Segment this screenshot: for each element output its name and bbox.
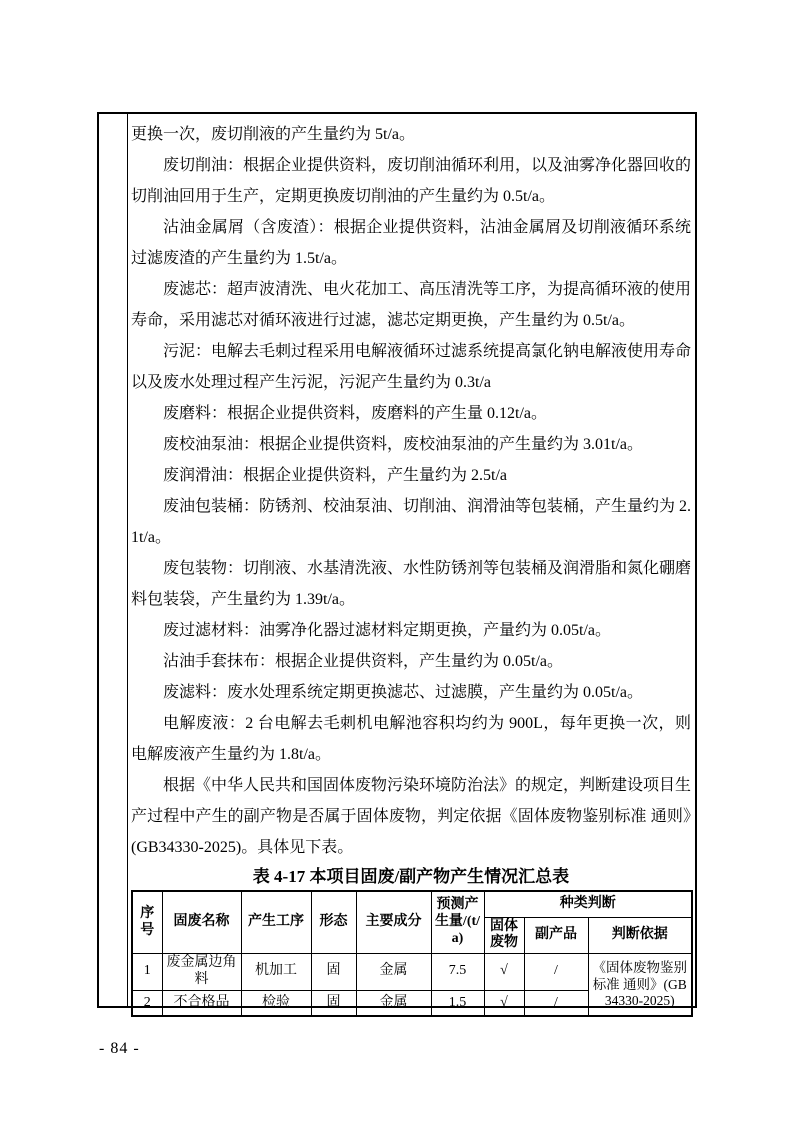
cell-component: 金属 — [356, 954, 431, 991]
cell-byproduct-check: / — [524, 954, 588, 991]
form-cell-border: 更换一次，废切削液的产生量约为 5t/a。 废切削油：根据企业提供资料，废切削油… — [97, 112, 697, 1008]
paragraph-legal-basis: 根据《中华人民共和国固体废物污染环境防治法》的规定，判断建设项目生产过程中产生的… — [131, 770, 691, 863]
cell-amount: 1.5 — [431, 990, 484, 1016]
cell-solid-waste-check: √ — [484, 990, 524, 1016]
cell-byproduct-check: / — [524, 990, 588, 1016]
paragraph-waste-lubricant: 废润滑油：根据企业提供资料，产生量约为 2.5t/a — [131, 460, 691, 491]
col-header-solid-waste: 固体废物 — [484, 917, 524, 954]
paragraph-waste-oil-drums: 废油包装桶：防锈剂、校油泵油、切削油、润滑油等包装桶，产生量约为 2.1t/a。 — [131, 491, 691, 553]
paragraph-sludge: 污泥：电解去毛刺过程采用电解液循环过滤系统提高氯化钠电解液使用寿命以及废水处理过… — [131, 336, 691, 398]
paragraph-waste-filter-media: 废滤料：废水处理系统定期更换滤芯、过滤膜，产生量约为 0.05t/a。 — [131, 677, 691, 708]
paragraph-oily-metal-chips: 沾油金属屑（含废渣）：根据企业提供资料，沾油金属屑及切削液循环系统过滤废渣的产生… — [131, 212, 691, 274]
cell-form: 固 — [311, 990, 356, 1016]
cell-amount: 7.5 — [431, 954, 484, 991]
table-row: 1 废金属边角料 机加工 固 金属 7.5 √ / 《固体废物鉴别标准 通则》(… — [132, 954, 692, 991]
solid-waste-summary-table: 序号 固废名称 产生工序 形态 主要成分 预测产生量/(t/a) 种类判断 固体… — [131, 890, 693, 1017]
paragraph-electrolytic-waste-liquid: 电解废液：2 台电解去毛刺机电解池容积均约为 900L，每年更换一次，则电解废液… — [131, 708, 691, 770]
col-header-component: 主要成分 — [356, 891, 431, 954]
paragraph-waste-calibration-oil: 废校油泵油：根据企业提供资料，废校油泵油的产生量约为 3.01t/a。 — [131, 429, 691, 460]
page-number: - 84 - — [99, 1040, 140, 1058]
col-header-process: 产生工序 — [241, 891, 311, 954]
form-left-column — [99, 114, 128, 1006]
col-header-category-judgment: 种类判断 — [484, 891, 692, 917]
body-text: 更换一次，废切削液的产生量约为 5t/a。 废切削油：根据企业提供资料，废切削油… — [131, 116, 691, 863]
cell-waste-name: 不合格品 — [162, 990, 241, 1016]
col-header-byproduct: 副产品 — [524, 917, 588, 954]
cell-process: 机加工 — [241, 954, 311, 991]
table-caption: 表 4-17 本项目固废/副产物产生情况汇总表 — [131, 866, 691, 888]
cell-component: 金属 — [356, 990, 431, 1016]
cell-solid-waste-check: √ — [484, 954, 524, 991]
col-header-predicted-amount: 预测产生量/(t/a) — [431, 891, 484, 954]
col-header-waste-name: 固废名称 — [162, 891, 241, 954]
paragraph-waste-abrasive: 废磨料：根据企业提供资料，废磨料的产生量 0.12t/a。 — [131, 398, 691, 429]
col-header-form: 形态 — [311, 891, 356, 954]
cell-judgment-basis: 《固体废物鉴别标准 通则》(GB34330-2025) — [588, 954, 692, 1017]
cell-form: 固 — [311, 954, 356, 991]
document-page: 更换一次，废切削液的产生量约为 5t/a。 废切削油：根据企业提供资料，废切削油… — [0, 0, 793, 1122]
cell-row-number: 1 — [132, 954, 162, 991]
cell-process: 检验 — [241, 990, 311, 1016]
paragraph-waste-filter-material: 废过滤材料：油雾净化器过滤材料定期更换，产量约为 0.05t/a。 — [131, 615, 691, 646]
paragraph-oily-gloves-rags: 沾油手套抹布：根据企业提供资料，产生量约为 0.05t/a。 — [131, 646, 691, 677]
paragraph-waste-cutting-oil: 废切削油：根据企业提供资料，废切削油循环利用，以及油雾净化器回收的切削油回用于生… — [131, 150, 691, 212]
cell-row-number: 2 — [132, 990, 162, 1016]
form-content-cell: 更换一次，废切削液的产生量约为 5t/a。 废切削油：根据企业提供资料，废切削油… — [131, 116, 691, 1017]
col-header-judgment-basis: 判断依据 — [588, 917, 692, 954]
col-header-index: 序号 — [132, 891, 162, 954]
paragraph-waste-filter-core: 废滤芯：超声波清洗、电火花加工、高压清洗等工序，为提高循环液的使用寿命，采用滤芯… — [131, 274, 691, 336]
paragraph-continuation: 更换一次，废切削液的产生量约为 5t/a。 — [131, 119, 691, 150]
paragraph-waste-packaging: 废包装物：切削液、水基清洗液、水性防锈剂等包装桶及润滑脂和氮化硼磨料包装袋，产生… — [131, 553, 691, 615]
cell-waste-name: 废金属边角料 — [162, 954, 241, 991]
table-header-row-1: 序号 固废名称 产生工序 形态 主要成分 预测产生量/(t/a) 种类判断 — [132, 891, 692, 917]
